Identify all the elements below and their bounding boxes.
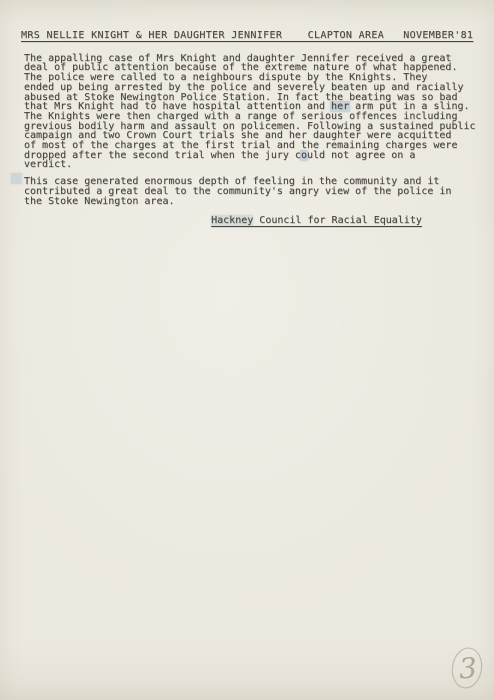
signature-line: Hackney Council for Racial Equality (24, 206, 486, 235)
page-number-text: 3 (458, 651, 478, 685)
text-line: the Stoke Newington area. (24, 197, 486, 207)
blue-margin-smudge (11, 173, 22, 184)
blue-correction-smudge-word: Hackney (211, 215, 253, 226)
text-line: verdict. (24, 160, 486, 170)
paragraph-case-description: The appalling case of Mrs Knight and dau… (24, 54, 486, 170)
page-title-text: MRS NELLIE KNIGHT & HER DAUGHTER JENNIFE… (21, 30, 473, 41)
typewritten-content: MRS NELLIE KNIGHT & HER DAUGHTER JENNIFE… (24, 31, 486, 235)
handwritten-page-number: 3 (441, 642, 493, 696)
scanned-document-page: MRS NELLIE KNIGHT & HER DAUGHTER JENNIFE… (0, 0, 494, 700)
page-title: MRS NELLIE KNIGHT & HER DAUGHTER JENNIFE… (21, 31, 486, 41)
text-line: dropped after the second trial when the … (24, 151, 486, 161)
paragraph-community-impact: This case generated enormous depth of fe… (24, 177, 486, 206)
signature-text: Hackney Council for Racial Equality (211, 215, 422, 226)
